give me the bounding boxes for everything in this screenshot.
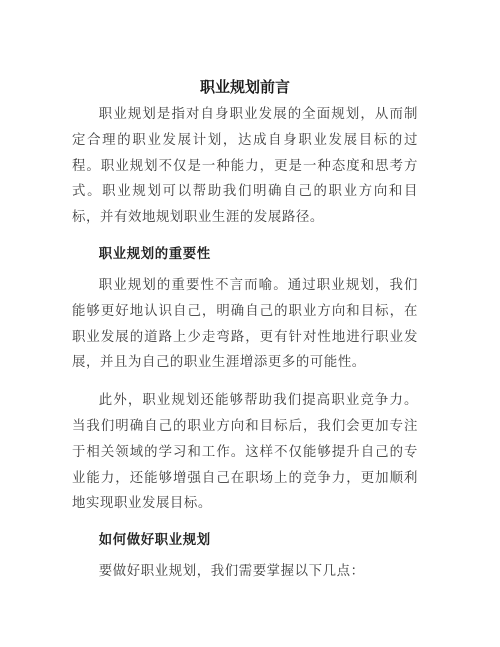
how-to-paragraph: 要做好职业规划，我们需要掌握以下几点： (72, 559, 418, 585)
importance-paragraph: 职业规划的重要性不言而喻。通过职业规划，我们能够更好地认识自己，明确自己的职业方… (72, 273, 418, 376)
spacer (72, 376, 418, 388)
spacer (72, 231, 418, 243)
document-page: 职业规划前言 职业规划是指对自身职业发展的全面规划，从而制定合理的职业发展计划，… (72, 76, 418, 585)
document-title: 职业规划前言 (72, 76, 418, 98)
intro-paragraph: 职业规划是指对自身职业发展的全面规划，从而制定合理的职业发展计划，达成自身职业发… (72, 102, 418, 231)
section-heading-importance: 职业规划的重要性 (72, 243, 418, 265)
spacer (72, 265, 418, 273)
spacer (72, 517, 418, 529)
competitiveness-paragraph: 此外，职业规划还能够帮助我们提高职业竞争力。当我们明确自己的职业方向和目标后，我… (72, 388, 418, 517)
spacer (72, 551, 418, 559)
section-heading-how-to: 如何做好职业规划 (72, 529, 418, 551)
